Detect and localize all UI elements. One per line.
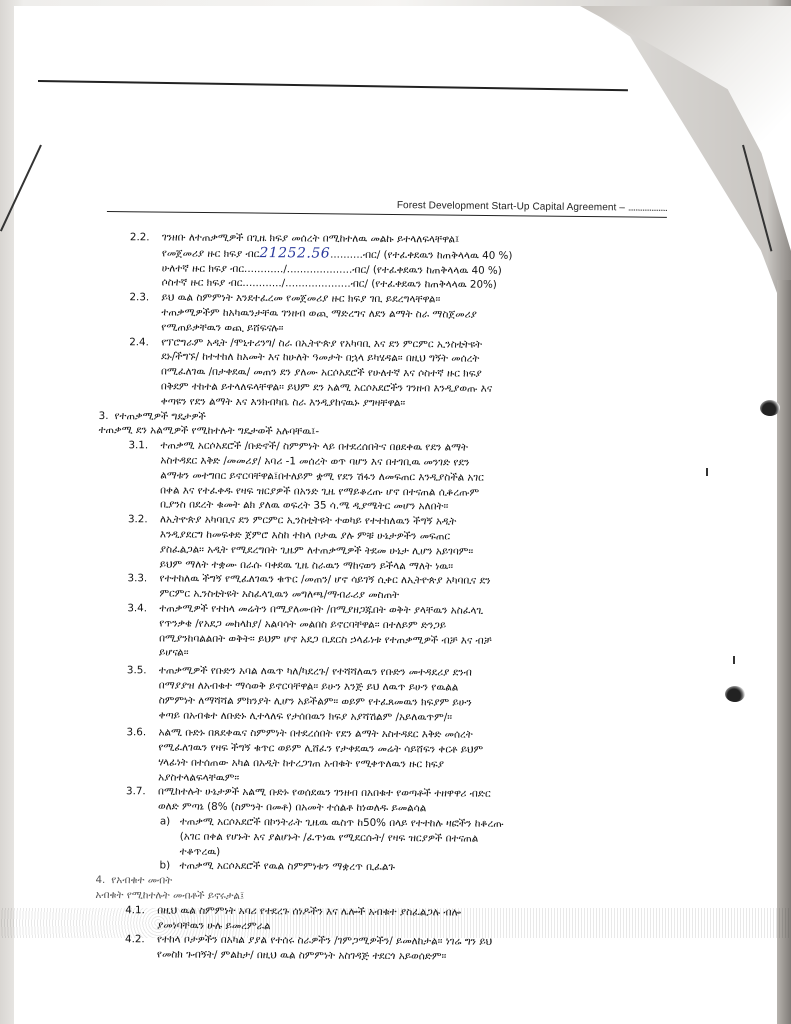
header-title: Forest Development Start-Up Capital Agre… xyxy=(397,200,625,213)
punch-hole xyxy=(725,686,745,702)
sub-clause-label: b) xyxy=(160,859,171,874)
sub-clause: a)ተጠቃሚ አርሶአደሮች በኮንትራት ጊዜዉ ዉስጥ ከ50% በላይ የ… xyxy=(96,814,666,862)
clause: 3.4.ተጠቃሚዎች የተከላ መሬትን በሚያለሙበት /በሚያዘጋጁበት ወ… xyxy=(97,601,667,664)
clause: 3.7.በሚከተሉት ሁኔታዎች አልሚ ቡድኑ የወሰደዉን ገንዘብ በአበ… xyxy=(96,784,666,818)
clause-text: ተጠቃሚዎች የተከላ መሬትን በሚያለሙበት /በሚያዘጋጁበት ወቅት ያ… xyxy=(159,601,667,664)
clause-number: 2.2. xyxy=(130,230,150,245)
section-title-text: የተጠቃሚዎች ግዴታዎች xyxy=(114,410,205,423)
clause-text: በዚህ ዉል ስምምነት አባሪ የተደረጉ ሰነዶችን እና ሌሎች አብቁተ… xyxy=(157,903,665,936)
clause-number: 4.1. xyxy=(125,903,145,918)
clause-number: 3.2. xyxy=(128,512,148,527)
installment-amount: ............/.................... xyxy=(244,263,352,276)
clause: 4.2.የተከላ ቦታዎችን በአካል ያያል የተሰሩ ስራዎችን /ገምጋሚ… xyxy=(95,932,665,966)
section-title-text: የአብቁተ መብት xyxy=(111,874,172,886)
clause-text: ተጠቃሚ አርሶአደሮች /ቡድኖች/ ስምምነት ላይ በተደረሰበትና በፀ… xyxy=(160,439,669,517)
speck-mark xyxy=(706,468,708,476)
clause: 2.2.ገንዘቡ ለተጠቃሚዎች በጊዜ ክፍያ መሰረት በሚከተለዉ መልኩ… xyxy=(100,230,670,294)
clause-text: ገንዘቡ ለተጠቃሚዎች በጊዜ ክፍያ መሰረት በሚከተለዉ መልኩ ይተላ… xyxy=(162,230,670,294)
clause: 2.3.ይህ ዉል ስምምነት እንደተፈረመ የመጀመሪያ ዙር ክፍያ ገቢ… xyxy=(99,290,669,338)
clause-text: አልሚ ቡድኑ በጸደቀዉና ስምምነት በተደረሰበት የደን ልማት አስተ… xyxy=(158,726,666,789)
sub-clause-label: a) xyxy=(160,815,170,830)
clause-text: የተከላ ቦታዎችን በአካል ያያል የተሰሩ ስራዎችን /ገምጋሚዎችን/… xyxy=(157,933,665,966)
clause-number: 2.3. xyxy=(129,290,149,305)
clause-number: 3.4. xyxy=(127,601,147,616)
clause-text: ይህ ዉል ስምምነት እንደተፈረመ የመጀመሪያ ዙር ክፍያ ገቢ ይደረ… xyxy=(161,291,669,339)
clause: 3.1.ተጠቃሚ አርሶአደሮች /ቡድኖች/ ስምምነት ላይ በተደረሰበት… xyxy=(98,438,669,516)
clause: 3.3.የተተከለዉ ችግኝ የሚፈለገዉን ቁጥር /መጠን/ ሆኖ ሳይገኝ… xyxy=(97,571,667,605)
handwritten-amount: 21252.56 xyxy=(259,245,330,261)
installment-label: ሶስተኛ ዙር ክፍያ ብር xyxy=(162,277,243,290)
installment-label: የመጀመሪያ ዙር ክፍያ ብር xyxy=(162,247,260,260)
installment-label: ሁለተኛ ዙር ክፍያ ብር xyxy=(162,262,244,275)
clause: 3.5.ተጠቃሚዎች የቡድን አባል ለዉጥ ካለ/ካደረጉ/ የተሻሻለዉን… xyxy=(97,663,667,726)
clause-number: 2.4. xyxy=(129,335,149,350)
installment-note: (የተፈቀደዉን ከጠቅላላዉ 40 %) xyxy=(383,249,512,262)
installment-suffix: ብር/ (የተፈቀደዉን ከጠቅላላዉ 40 %) xyxy=(352,263,502,276)
clause: 3.6.አልሚ ቡድኑ በጸደቀዉና ስምምነት በተደረሰበት የደን ልማት… xyxy=(96,725,666,788)
clause-text: በሚከተሉት ሁኔታዎች አልሚ ቡድኑ የወሰደዉን ገንዘብ በአበቁተ የ… xyxy=(158,785,666,818)
clause: 3.2.ለኢትዮጵያ አካባቢና ደን ምርምር ኢንስቲትዩት ተወካይ የተ… xyxy=(98,512,668,575)
installment-amount: ............/.................... xyxy=(242,277,350,290)
installment-suffix: ብር/ (የተፈቀደዉን ከጠቅላላዉ 20%) xyxy=(351,278,497,291)
speck-mark xyxy=(733,656,735,664)
clause-number: 3.7. xyxy=(126,785,146,800)
clause-number: 3.6. xyxy=(126,725,146,740)
clause: 2.4.የፕሮግራም አዲት /ሞኒተሪንግ/ ስራ በኢትዮጵያ የአካባቢ … xyxy=(99,335,670,413)
header-blank: ...................... xyxy=(628,202,667,213)
clause: 4.1.በዚህ ዉል ስምምነት አባሪ የተደረጉ ሰነዶችን እና ሌሎች … xyxy=(95,903,665,937)
clause-number: 3.5. xyxy=(127,663,147,678)
clause-text: የተተከለዉ ችግኝ የሚፈለገዉን ቁጥር /መጠን/ ሆኖ ሳይገኝ ሲቀር… xyxy=(159,572,667,605)
punch-hole xyxy=(760,400,780,416)
section-number: 3. xyxy=(99,410,109,422)
sub-clause-text: ተጠቃሚ አርሶአደሮች በኮንትራት ጊዜዉ ዉስጥ ከ50% በላይ የተተ… xyxy=(180,815,666,863)
document-body: 2.2.ገንዘቡ ለተጠቃሚዎች በጊዜ ክፍያ መሰረት በሚከተለዉ መልኩ… xyxy=(95,230,670,966)
clause-text: ለኢትዮጵያ አካባቢና ደን ምርምር ኢንስቲትዩት ተወካይ የተተከለዉ… xyxy=(160,513,668,576)
clause-text: የፕሮግራም አዲት /ሞኒተሪንግ/ ስራ በኢትዮጵያ የአካባቢ እና ደ… xyxy=(161,335,670,413)
clause-number: 3.3. xyxy=(128,572,148,587)
clause-text: ተጠቃሚዎች የቡድን አባል ለዉጥ ካለ/ካደረጉ/ የተሻሻለዉን የቡድ… xyxy=(159,664,667,727)
clause-number: 3.1. xyxy=(128,438,148,453)
installment-suffix: ..........ብር/ xyxy=(330,248,380,260)
section-number: 4. xyxy=(95,874,105,886)
clause-number: 4.2. xyxy=(125,933,145,948)
